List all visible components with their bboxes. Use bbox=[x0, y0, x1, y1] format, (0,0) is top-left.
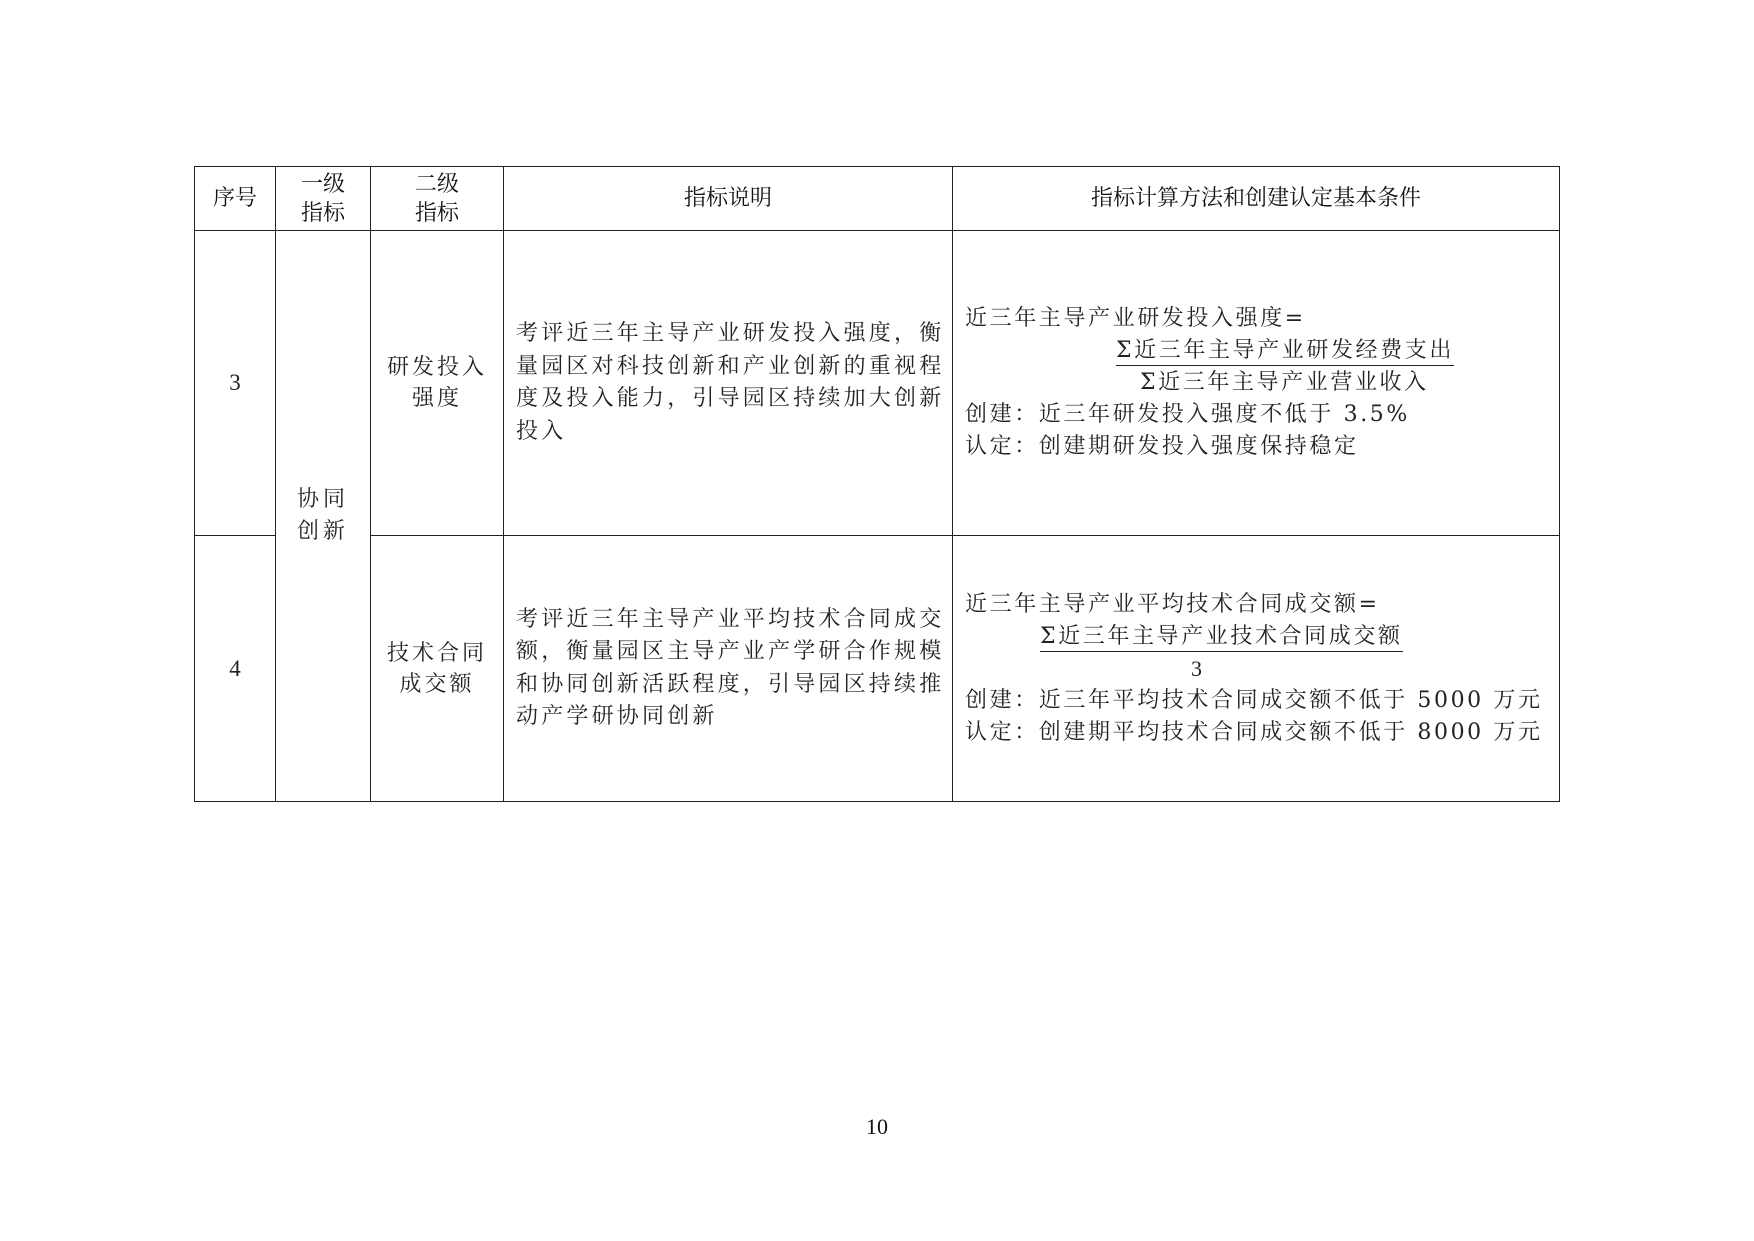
row-seq: 4 bbox=[195, 536, 276, 802]
description-line: 度及投入能力，引导园区持续加大创新 bbox=[516, 383, 942, 416]
row-seq: 3 bbox=[195, 231, 276, 536]
description-cell: 考评近三年主导产业平均技术合同成交 额，衡量园区主导产业产学研合作规模 和协同创… bbox=[504, 536, 953, 802]
level2-indicator-line1: 技术合同 bbox=[371, 638, 503, 669]
header-level1: 一级 指标 bbox=[276, 167, 371, 231]
level2-indicator-line2: 成交额 bbox=[371, 669, 503, 700]
level2-indicator-line1: 研发投入 bbox=[371, 352, 503, 383]
level2-indicator-cell: 研发投入 强度 bbox=[371, 231, 504, 536]
level2-indicator-line2: 强度 bbox=[371, 383, 503, 414]
recognize-condition: 认定：创建期研发投入强度保持稳定 bbox=[965, 431, 1559, 463]
level1-indicator-line1: 协同 bbox=[276, 484, 370, 516]
description-line: 考评近三年主导产业平均技术合同成交 bbox=[516, 604, 942, 637]
header-level1-line2: 指标 bbox=[276, 199, 370, 228]
description-line: 投入 bbox=[516, 416, 942, 449]
create-condition: 创建：近三年平均技术合同成交额不低于 5000 万元 bbox=[965, 685, 1559, 717]
formula-numerator-wrap: Σ近三年主导产业技术合同成交额 bbox=[965, 621, 1559, 653]
header-calculation: 指标计算方法和创建认定基本条件 bbox=[953, 167, 1560, 231]
description-line: 考评近三年主导产业研发投入强度，衡 bbox=[516, 318, 942, 351]
header-level2: 二级 指标 bbox=[371, 167, 504, 231]
formula-numerator: Σ近三年主导产业研发经费支出 bbox=[1116, 336, 1454, 366]
table-header-row: 序号 一级 指标 二级 指标 指标说明 指标计算方法和创建认定基本条件 bbox=[195, 167, 1560, 231]
formula-numerator-wrap: Σ近三年主导产业研发经费支出 bbox=[965, 335, 1559, 367]
formula-title: 近三年主导产业研发投入强度= bbox=[965, 303, 1559, 335]
recognize-condition: 认定：创建期平均技术合同成交额不低于 8000 万元 bbox=[965, 717, 1559, 749]
table-row: 3 协同 创新 研发投入 强度 考评近三年主导产业研发投入强度，衡 量园区对科技… bbox=[195, 231, 1560, 536]
level1-indicator-line2: 创新 bbox=[276, 516, 370, 548]
calculation-cell: 近三年主导产业研发投入强度= Σ近三年主导产业研发经费支出 Σ近三年主导产业营业… bbox=[953, 231, 1560, 536]
header-level2-line2: 指标 bbox=[371, 199, 503, 228]
header-level2-line1: 二级 bbox=[371, 170, 503, 199]
calculation-cell: 近三年主导产业平均技术合同成交额= Σ近三年主导产业技术合同成交额 3 创建：近… bbox=[953, 536, 1560, 802]
description-cell: 考评近三年主导产业研发投入强度，衡 量园区对科技创新和产业创新的重视程 度及投入… bbox=[504, 231, 953, 536]
description-line: 额，衡量园区主导产业产学研合作规模 bbox=[516, 636, 942, 669]
formula-numerator: Σ近三年主导产业技术合同成交额 bbox=[1040, 622, 1403, 652]
description-line: 和协同创新活跃程度，引导园区持续推 bbox=[516, 669, 942, 702]
level2-indicator-cell: 技术合同 成交额 bbox=[371, 536, 504, 802]
table-row: 4 技术合同 成交额 考评近三年主导产业平均技术合同成交 额，衡量园区主导产业产… bbox=[195, 536, 1560, 802]
formula-title: 近三年主导产业平均技术合同成交额= bbox=[965, 589, 1559, 621]
description-line: 动产学研协同创新 bbox=[516, 701, 942, 734]
formula-denominator: 3 bbox=[965, 653, 1559, 685]
level1-indicator-cell: 协同 创新 bbox=[276, 231, 371, 802]
formula-denominator: Σ近三年主导产业营业收入 bbox=[965, 367, 1559, 399]
header-seq: 序号 bbox=[195, 167, 276, 231]
header-description: 指标说明 bbox=[504, 167, 953, 231]
indicator-table: 序号 一级 指标 二级 指标 指标说明 指标计算方法和创建认定基本条件 3 协同… bbox=[194, 166, 1560, 802]
document-page: 序号 一级 指标 二级 指标 指标说明 指标计算方法和创建认定基本条件 3 协同… bbox=[0, 0, 1754, 1241]
create-condition: 创建：近三年研发投入强度不低于 3.5% bbox=[965, 399, 1559, 431]
page-number: 10 bbox=[852, 1114, 902, 1140]
header-level1-line1: 一级 bbox=[276, 170, 370, 199]
description-line: 量园区对科技创新和产业创新的重视程 bbox=[516, 351, 942, 384]
